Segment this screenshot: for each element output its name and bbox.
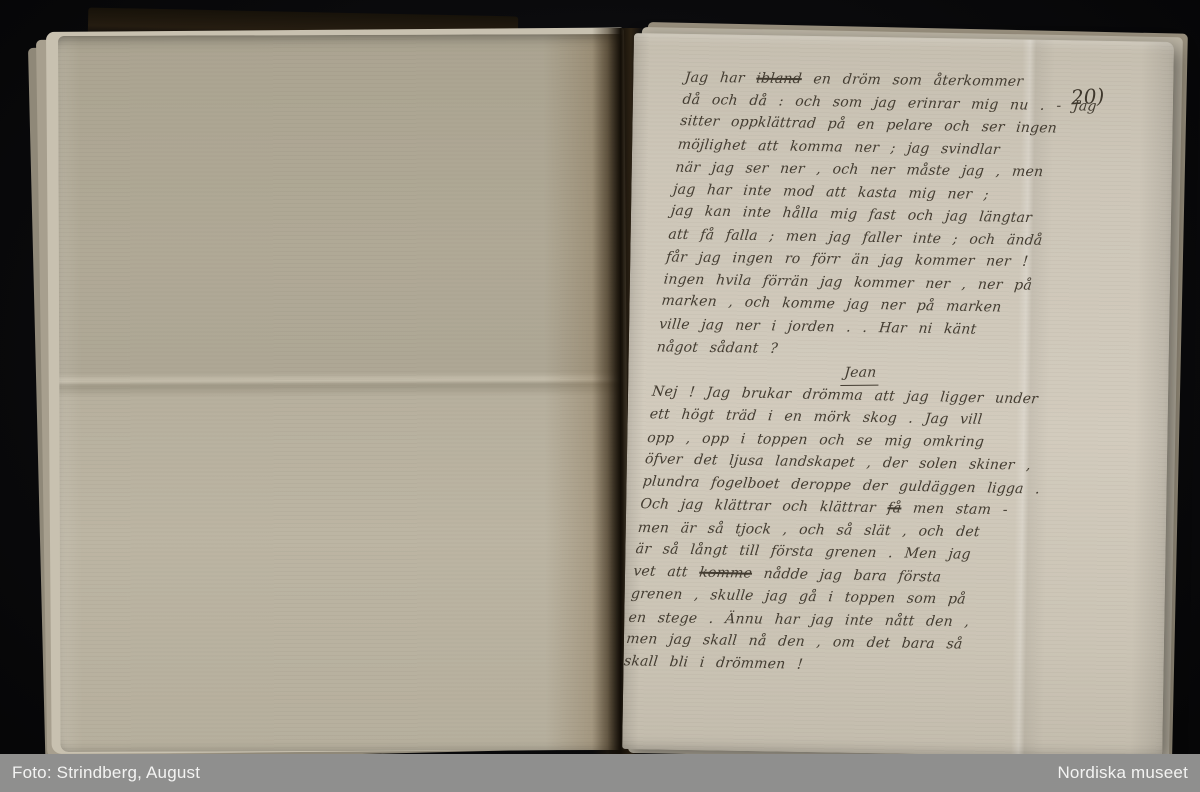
- manuscript-word: skall bli i drömmen !: [623, 653, 804, 673]
- manuscript-word: när jag ser ner , och ner måste jag , me…: [675, 160, 1044, 180]
- manuscript-word: jag kan inte hålla mig fast och jag läng…: [670, 203, 1033, 226]
- manuscript-word: Nej ! Jag brukar drömma att jag ligger u…: [651, 383, 1039, 407]
- manuscript-word: nådde jag bara första: [751, 565, 942, 585]
- speaker-heading: Jean: [840, 361, 880, 385]
- manuscript-word: plundra fogelboet deroppe der guldäggen …: [642, 473, 1041, 497]
- manuscript-word: öfver det ljusa landskapet , der solen s…: [644, 451, 1031, 473]
- manuscript-word: ett högt träd i en mörk skog . Jag vill: [649, 406, 983, 427]
- manuscript-word: Och jag klättrar och klättrar: [640, 496, 889, 516]
- manuscript-word: ville jag ner i jorden . . Har ni känt: [658, 316, 977, 337]
- manuscript-word: en dröm som återkommer: [801, 71, 1024, 90]
- manuscript-word: men jag skall nå den , om det bara så: [625, 631, 963, 653]
- manuscript-word: är så långt till första grenen . Men jag: [635, 541, 972, 563]
- photo-credit: Foto: Strindberg, August: [12, 763, 200, 783]
- caption-bar: Foto: Strindberg, August Nordiska museet: [0, 754, 1200, 792]
- manuscript-word: en stege . Ännu har jag inte nått den ,: [628, 609, 970, 629]
- right-manuscript-page: 20) Jag har ibland en dröm som återkomme…: [622, 33, 1174, 758]
- handwritten-text: Jag har ibland en dröm som återkommerdå …: [623, 66, 1098, 680]
- struck-word: ibland: [756, 71, 803, 88]
- left-blank-page: [58, 34, 624, 752]
- manuscript-word: jag har inte mod att kasta mig ner ;: [672, 181, 989, 202]
- manuscript-word: ingen hvila förrän jag kommer ner , ner …: [663, 271, 1033, 293]
- manuscript-word: något sådant ?: [656, 339, 779, 356]
- manuscript-line: opp , opp i toppen och se mig omkring: [646, 427, 1060, 455]
- manuscript-word: men är så tjock , och så slät , och det: [637, 520, 980, 540]
- manuscript-word: möjlighet att komma ner ; jag svindlar: [677, 136, 1001, 157]
- manuscript-word: får jag ingen ro förr än jag kommer ner …: [665, 249, 1029, 269]
- manuscript-word: Jag har: [684, 70, 757, 87]
- manuscript-photo: 20) Jag har ibland en dröm som återkomme…: [0, 0, 1200, 792]
- manuscript-word: att få falla ; men jag faller inte ; och…: [668, 226, 1044, 248]
- manuscript-word: marken , och komme jag ner på marken: [661, 293, 1003, 316]
- struck-word: komme: [698, 564, 752, 581]
- manuscript-word: grenen , skulle jag gå i toppen som på: [630, 586, 966, 608]
- manuscript-line: en stege . Ännu har jag inte nått den ,: [627, 606, 1041, 634]
- manuscript-line: men är så tjock , och så slät , och det: [637, 517, 1051, 545]
- manuscript-word: sitter oppklättrad på en pelare och ser …: [679, 113, 1057, 137]
- manuscript-word: vet att: [633, 563, 701, 580]
- manuscript-word: men stam -: [901, 501, 1009, 519]
- manuscript-word: opp , opp i toppen och se mig omkring: [647, 430, 985, 450]
- museum-name: Nordiska museet: [1057, 763, 1188, 783]
